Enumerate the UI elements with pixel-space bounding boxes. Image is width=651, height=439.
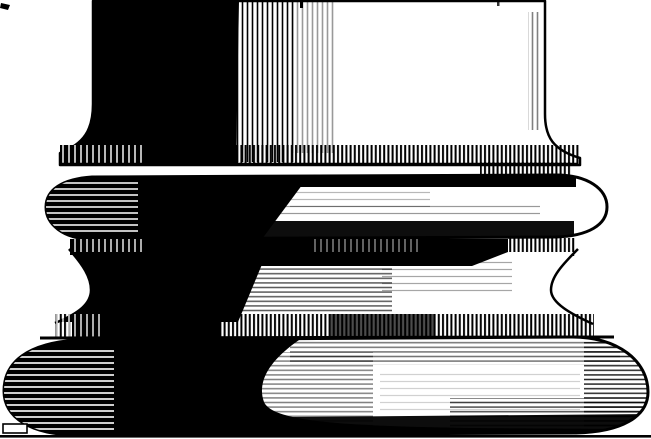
upper-torus-relief-lines [46,180,138,236]
lower-torus [4,337,650,435]
lower-torus-relief-lines [4,348,114,432]
scotia-hatch-light [382,260,512,296]
shaft-hatch-light [292,1,334,153]
column-base-engraving [0,0,651,439]
shaft-top-tick [300,0,303,8]
fillet-relief-lines [60,145,146,165]
shaft-right-edge-hatch [528,12,540,130]
upper-torus-mid-hatch-2 [290,187,430,207]
shaft-hatch-dark [234,1,294,162]
lower-fillet [40,314,614,338]
plinth-notch [3,424,27,433]
ground-rule [0,435,651,438]
lower-fillet-shadow-mid [330,314,434,338]
shaft-top-tick [497,0,500,6]
scotia [55,249,593,324]
column-shaft [60,0,580,165]
engraving-canvas [0,0,651,439]
lower-fillet-relief [54,314,100,338]
upper-torus [46,175,607,239]
